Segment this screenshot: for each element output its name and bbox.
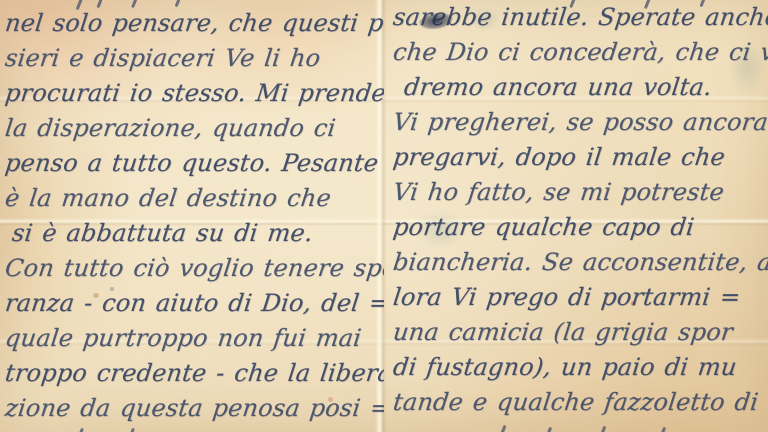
handwritten-line: portare qualche capo di <box>384 210 768 245</box>
handwritten-line: tande e qualche fazzoletto di <box>384 385 768 420</box>
handwritten-line: si è abbattuta su di me. <box>0 216 384 251</box>
handwritten-line: ranza - con aiuto di Dio, del = <box>0 286 384 321</box>
handwritten-line: Vi ho fatto, se mi potreste <box>384 175 768 210</box>
handwritten-line: che Dio ci concederà, che ci ve = <box>384 35 768 70</box>
handwritten-line: nel solo pensare, che questi pen <box>0 6 384 41</box>
handwritten-line: biancheria. Se acconsentite, al = <box>384 245 768 280</box>
handwritten-line: sieri e dispiaceri Ve li ho <box>0 41 384 76</box>
handwritten-line: quale purtroppo non fui mai <box>0 321 384 356</box>
handwritten-line: Vi pregherei, se posso ancora <box>384 105 768 140</box>
letter-page-right: sarebbe inutile. Sperate anche Voi che D… <box>384 0 768 432</box>
handwritten-line: una camicia (la grigia spor <box>384 315 768 350</box>
handwritten-line: troppo credente - che la libera = <box>0 356 384 391</box>
handwritten-line: penso a tutto questo. Pesante <box>0 146 384 181</box>
handwritten-line: dremo ancora una volta. <box>384 70 768 105</box>
handwritten-line: lora Vi prego di portarmi = <box>384 280 768 315</box>
handwritten-line: zione da questa penosa posi = <box>0 391 384 426</box>
letter-page-left: nel solo pensare, che questi pen sieri e… <box>0 0 384 432</box>
letter-photo: nel solo pensare, che questi pen sieri e… <box>0 0 768 432</box>
handwritten-line: di fustagno), un paio di mu <box>384 350 768 385</box>
handwritten-line: procurati io stesso. Mi prende <box>0 76 384 111</box>
handwritten-line: è la mano del destino che <box>0 181 384 216</box>
handwritten-line: la disperazione, quando ci <box>0 111 384 146</box>
handwritten-line: Con tutto ciò voglio tenere spe <box>0 251 384 286</box>
handwritten-line: pregarvi, dopo il male che <box>384 140 768 175</box>
